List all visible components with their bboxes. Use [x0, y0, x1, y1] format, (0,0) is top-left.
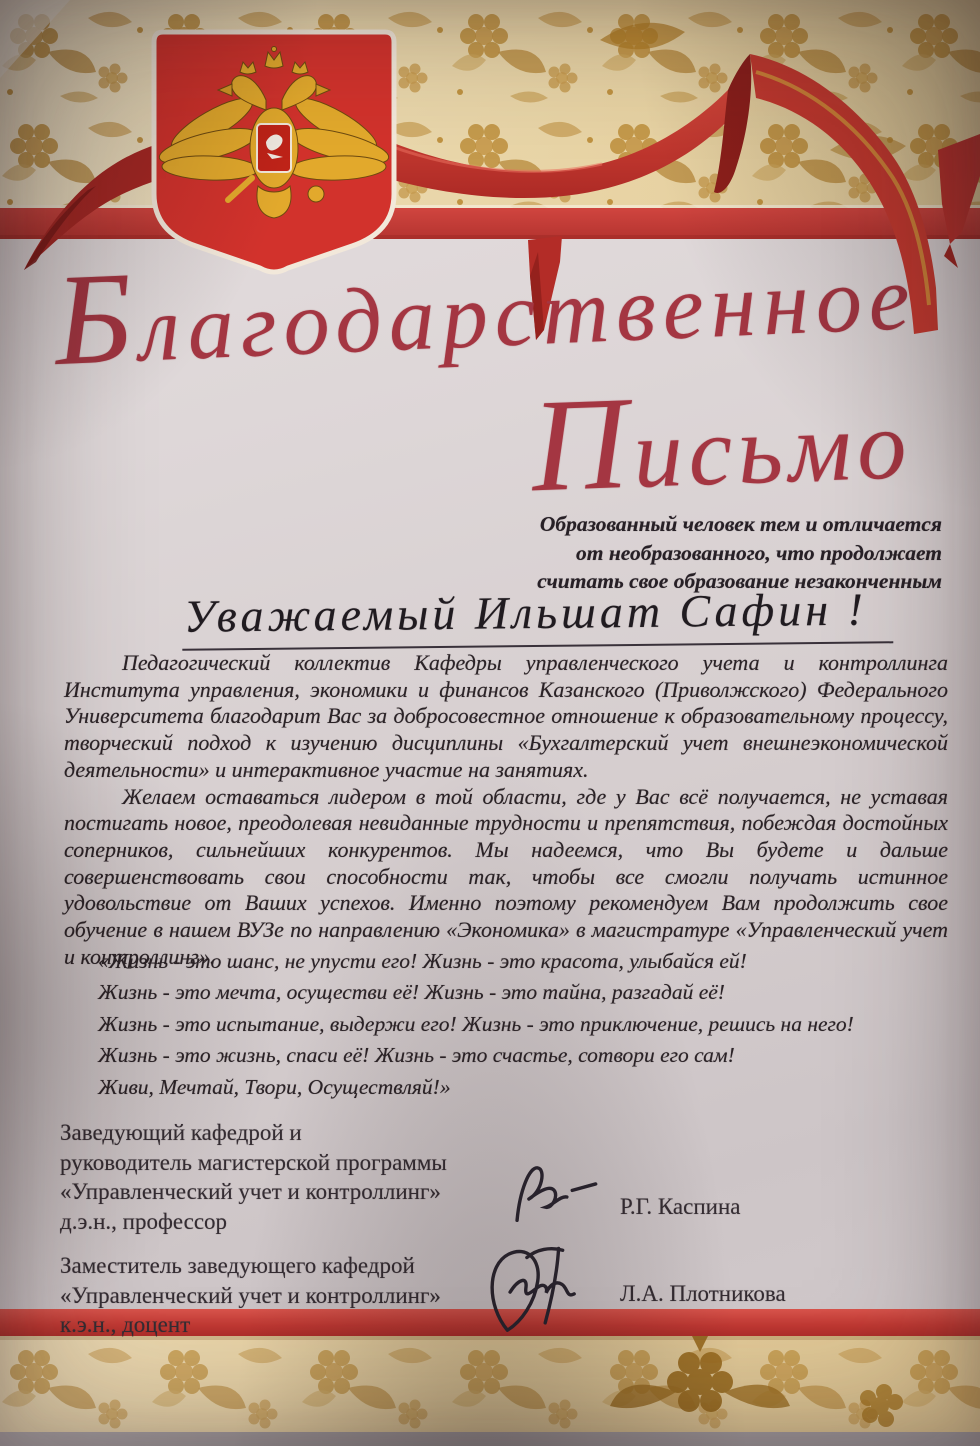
epigraph-line: Образованный человек тем и отличается	[537, 510, 942, 539]
plotnikova-signature	[474, 1239, 609, 1340]
signatory-name: Р.Г. Каспина	[620, 1194, 740, 1220]
signatory-position-line: руководитель магистерской программы	[60, 1148, 447, 1178]
signatory-position-block: Заместитель заведующего кафедрой «Управл…	[60, 1251, 447, 1340]
certificate-photo: Благодарственное Письмо Образованный чел…	[0, 0, 980, 1446]
signatory-position-line: к.э.н., доцент	[60, 1310, 447, 1340]
quote-line: Жизнь - это жизнь, спаси её! Жизнь - это…	[98, 1040, 854, 1071]
signatory-position-line: Заместитель заведующего кафедрой	[60, 1251, 447, 1281]
quote-line: Живи, Мечтай, Твори, Осуществляй!»	[98, 1072, 854, 1103]
body-paragraph: Педагогический коллектив Кафедры управле…	[64, 650, 948, 784]
body-paragraph: Желаем оставаться лидером в той области,…	[64, 784, 948, 971]
kaspina-signature	[499, 1150, 615, 1227]
bottom-ornament-band	[0, 1336, 980, 1432]
band-seam	[0, 205, 980, 208]
letter-body: Педагогический коллектив Кафедры управле…	[64, 650, 948, 970]
quote-line: Жизнь - это мечта, осуществи её! Жизнь -…	[98, 977, 854, 1008]
greeting-line: Уважаемый Ильшат Сафин !	[182, 582, 893, 650]
signature-area: Заведующий кафедрой и руководитель магис…	[60, 1118, 447, 1340]
signatory-position-line: «Управленческий учет и контроллинг»	[60, 1177, 447, 1207]
photo-edge-strip	[0, 1432, 980, 1446]
quote-line: Жизнь - это испытание, выдержи его! Жизн…	[98, 1009, 854, 1040]
signatory-position-line: «Управленческий учет и контроллинг»	[60, 1281, 447, 1311]
quote-block: «Жизнь - это шанс, не упусти его! Жизнь …	[98, 946, 854, 1103]
signatory-name: Л.А. Плотникова	[620, 1281, 786, 1307]
signatory-position-line: д.э.н., профессор	[60, 1207, 447, 1237]
signatory-position-line: Заведующий кафедрой и	[60, 1118, 447, 1148]
quote-line: «Жизнь - это шанс, не упусти его! Жизнь …	[98, 946, 854, 977]
greeting-text: Уважаемый Ильшат Сафин !	[182, 582, 893, 650]
signatory-position-block: Заведующий кафедрой и руководитель магис…	[60, 1118, 447, 1236]
certificate-title-line2: Письмо	[529, 356, 914, 522]
epigraph-line: от необразованного, что продолжает	[537, 539, 942, 568]
